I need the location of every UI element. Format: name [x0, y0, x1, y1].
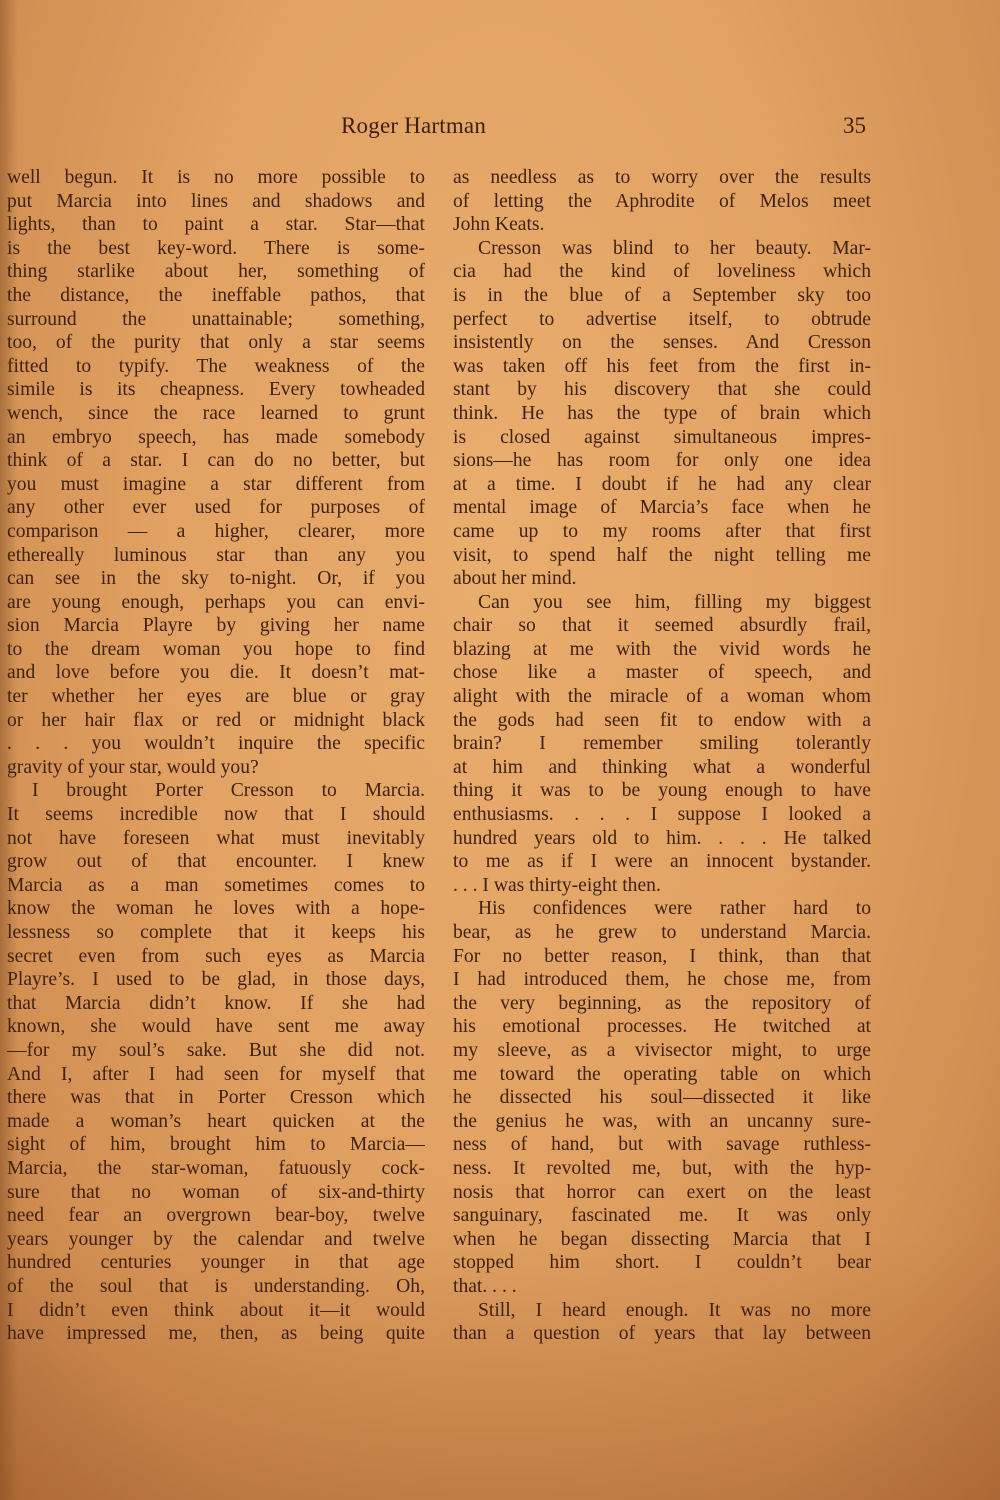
text-line: Marcia, the star-woman, fatuously cock- — [7, 1157, 425, 1181]
text-line: any other ever used for purposes of — [7, 496, 425, 520]
text-line: well begun. It is no more possible to — [7, 166, 425, 190]
left-column: well begun. It is no more possible to pu… — [7, 166, 425, 1346]
text-line: there was that in Porter Cresson which — [7, 1086, 425, 1110]
text-line: you must imagine a star different from — [7, 473, 425, 497]
text-line: came up to my rooms after that first — [453, 520, 871, 544]
text-line: is in the blue of a September sky too — [453, 284, 871, 308]
text-line: my sleeve, as a vivisector might, to urg… — [453, 1039, 871, 1063]
text-line: of the soul that is understanding. Oh, — [7, 1275, 425, 1299]
text-line: perfect to advertise itself, to obtrude — [453, 308, 871, 332]
text-line: was taken off his feet from the first in… — [453, 355, 871, 379]
paragraph-start-line: Can you see him, filling my biggest — [453, 591, 871, 615]
text-line: years younger by the calendar and twelve — [7, 1228, 425, 1252]
text-line: hundred years old to him. . . . He talke… — [453, 827, 871, 851]
text-line: sions—he has room for only one idea — [453, 449, 871, 473]
text-line: an embryo speech, has made somebody — [7, 426, 425, 450]
text-line: have impressed me, then, as being quite — [7, 1322, 425, 1346]
text-line: than a question of years that lay betwee… — [453, 1322, 871, 1346]
text-line: that Marcia didn’t know. If she had — [7, 992, 425, 1016]
text-line: and love before you die. It doesn’t mat- — [7, 661, 425, 685]
text-line: John Keats. — [453, 213, 871, 237]
text-line: ethereally luminous star than any you — [7, 544, 425, 568]
text-line: are young enough, perhaps you can envi- — [7, 591, 425, 615]
text-line: lights, than to paint a star. Star—that — [7, 213, 425, 237]
text-line: or her hair flax or red or midnight blac… — [7, 709, 425, 733]
text-line: blazing at me with the vivid words he — [453, 638, 871, 662]
text-line: comparison — a higher, clearer, more — [7, 520, 425, 544]
text-line: secret even from such eyes as Marcia — [7, 945, 425, 969]
text-line: of letting the Aphrodite of Melos meet — [453, 190, 871, 214]
right-column: as needless as to worry over the results… — [453, 166, 871, 1346]
paragraph-start-line: I brought Porter Cresson to Marcia. — [7, 779, 425, 803]
text-line: bear, as he grew to understand Marcia. — [453, 921, 871, 945]
text-line: too, of the purity that only a star seem… — [7, 331, 425, 355]
text-line: thing it was to be young enough to have — [453, 779, 871, 803]
text-line: Playre’s. I used to be glad, in those da… — [7, 968, 425, 992]
text-line: hundred centuries younger in that age — [7, 1251, 425, 1275]
book-page: Roger Hartman 35 well begun. It is no mo… — [0, 0, 1000, 1500]
text-line: the genius he was, with an uncanny sure- — [453, 1110, 871, 1134]
text-line: simile is its cheapness. Every towheaded — [7, 378, 425, 402]
text-line: nosis that horror can exert on the least — [453, 1181, 871, 1205]
text-line: think of a star. I can do no better, but — [7, 449, 425, 473]
text-line: need fear an overgrown bear-boy, twelve — [7, 1204, 425, 1228]
text-line: know the woman he loves with a hope- — [7, 897, 425, 921]
text-line: made a woman’s heart quicken at the — [7, 1110, 425, 1134]
text-line: brain? I remember smiling tolerantly — [453, 732, 871, 756]
text-line: think. He has the type of brain which — [453, 402, 871, 426]
text-line: It seems incredible now that I should — [7, 803, 425, 827]
text-line: sight of him, brought him to Marcia— — [7, 1133, 425, 1157]
text-line: stopped him short. I couldn’t bear — [453, 1251, 871, 1275]
text-line: the distance, the ineffable pathos, that — [7, 284, 425, 308]
text-line: I didn’t even think about it—it would — [7, 1299, 425, 1323]
text-line: fitted to typify. The weakness of the — [7, 355, 425, 379]
text-line: wench, since the race learned to grunt — [7, 402, 425, 426]
text-line: the gods had seen fit to endow with a — [453, 709, 871, 733]
text-line: me toward the operating table on which — [453, 1063, 871, 1087]
text-line: lessness so complete that it keeps his — [7, 921, 425, 945]
text-line: about her mind. — [453, 567, 871, 591]
text-line: chose like a master of speech, and — [453, 661, 871, 685]
text-line: put Marcia into lines and shadows and — [7, 190, 425, 214]
paragraph-start-line: Still, I heard enough. It was no more — [453, 1299, 871, 1323]
paragraph-start-line: His confidences were rather hard to — [453, 897, 871, 921]
text-line: chair so that it seemed absurdly frail, — [453, 614, 871, 638]
text-line: when he began dissecting Marcia that I — [453, 1228, 871, 1252]
text-line: insistently on the senses. And Cresson — [453, 331, 871, 355]
running-title: Roger Hartman — [341, 113, 486, 139]
text-line: is the best key-word. There is some- — [7, 237, 425, 261]
text-line: he dissected his soul—dissected it like — [453, 1086, 871, 1110]
text-line: I had introduced them, he chose me, from — [453, 968, 871, 992]
text-line: that. . . . — [453, 1275, 871, 1299]
text-line: the very beginning, as the repository of — [453, 992, 871, 1016]
text-line: Marcia as a man sometimes comes to — [7, 874, 425, 898]
text-line: gravity of your star, would you? — [7, 756, 425, 780]
text-line: —for my soul’s sake. But she did not. — [7, 1039, 425, 1063]
text-line: sanguinary, fascinated me. It was only — [453, 1204, 871, 1228]
text-line: thing starlike about her, something of — [7, 260, 425, 284]
page-number: 35 — [843, 113, 866, 139]
text-line: as needless as to worry over the results — [453, 166, 871, 190]
text-line: his emotional processes. He twitched at — [453, 1015, 871, 1039]
text-line: . . . I was thirty-eight then. — [453, 874, 871, 898]
text-line: ness of hand, but with savage ruthless- — [453, 1133, 871, 1157]
running-header: Roger Hartman 35 — [0, 113, 1000, 145]
text-line: sure that no woman of six-and-thirty — [7, 1181, 425, 1205]
text-line: can see in the sky to-night. Or, if you — [7, 567, 425, 591]
text-line: visit, to spend half the night telling m… — [453, 544, 871, 568]
text-line: enthusiasms. . . . I suppose I looked a — [453, 803, 871, 827]
text-line: not have foreseen what must inevitably — [7, 827, 425, 851]
text-line: at him and thinking what a wonderful — [453, 756, 871, 780]
text-line: ness. It revolted me, but, with the hyp- — [453, 1157, 871, 1181]
text-line: to me as if I were an innocent bystander… — [453, 850, 871, 874]
text-line: For no better reason, I think, than that — [453, 945, 871, 969]
text-line: alight with the miracle of a woman whom — [453, 685, 871, 709]
text-line: cia had the kind of loveliness which — [453, 260, 871, 284]
text-line: sion Marcia Playre by giving her name — [7, 614, 425, 638]
text-line: mental image of Marcia’s face when he — [453, 496, 871, 520]
text-line: . . . you wouldn’t inquire the specific — [7, 732, 425, 756]
text-line: known, she would have sent me away — [7, 1015, 425, 1039]
text-line: grow out of that encounter. I knew — [7, 850, 425, 874]
text-line: ter whether her eyes are blue or gray — [7, 685, 425, 709]
text-line: And I, after I had seen for myself that — [7, 1063, 425, 1087]
text-line: surround the unattainable; something, — [7, 308, 425, 332]
text-line: is closed against simultaneous impres- — [453, 426, 871, 450]
text-line: stant by his discovery that she could — [453, 378, 871, 402]
text-line: at a time. I doubt if he had any clear — [453, 473, 871, 497]
text-line: to the dream woman you hope to find — [7, 638, 425, 662]
paragraph-start-line: Cresson was blind to her beauty. Mar- — [453, 237, 871, 261]
